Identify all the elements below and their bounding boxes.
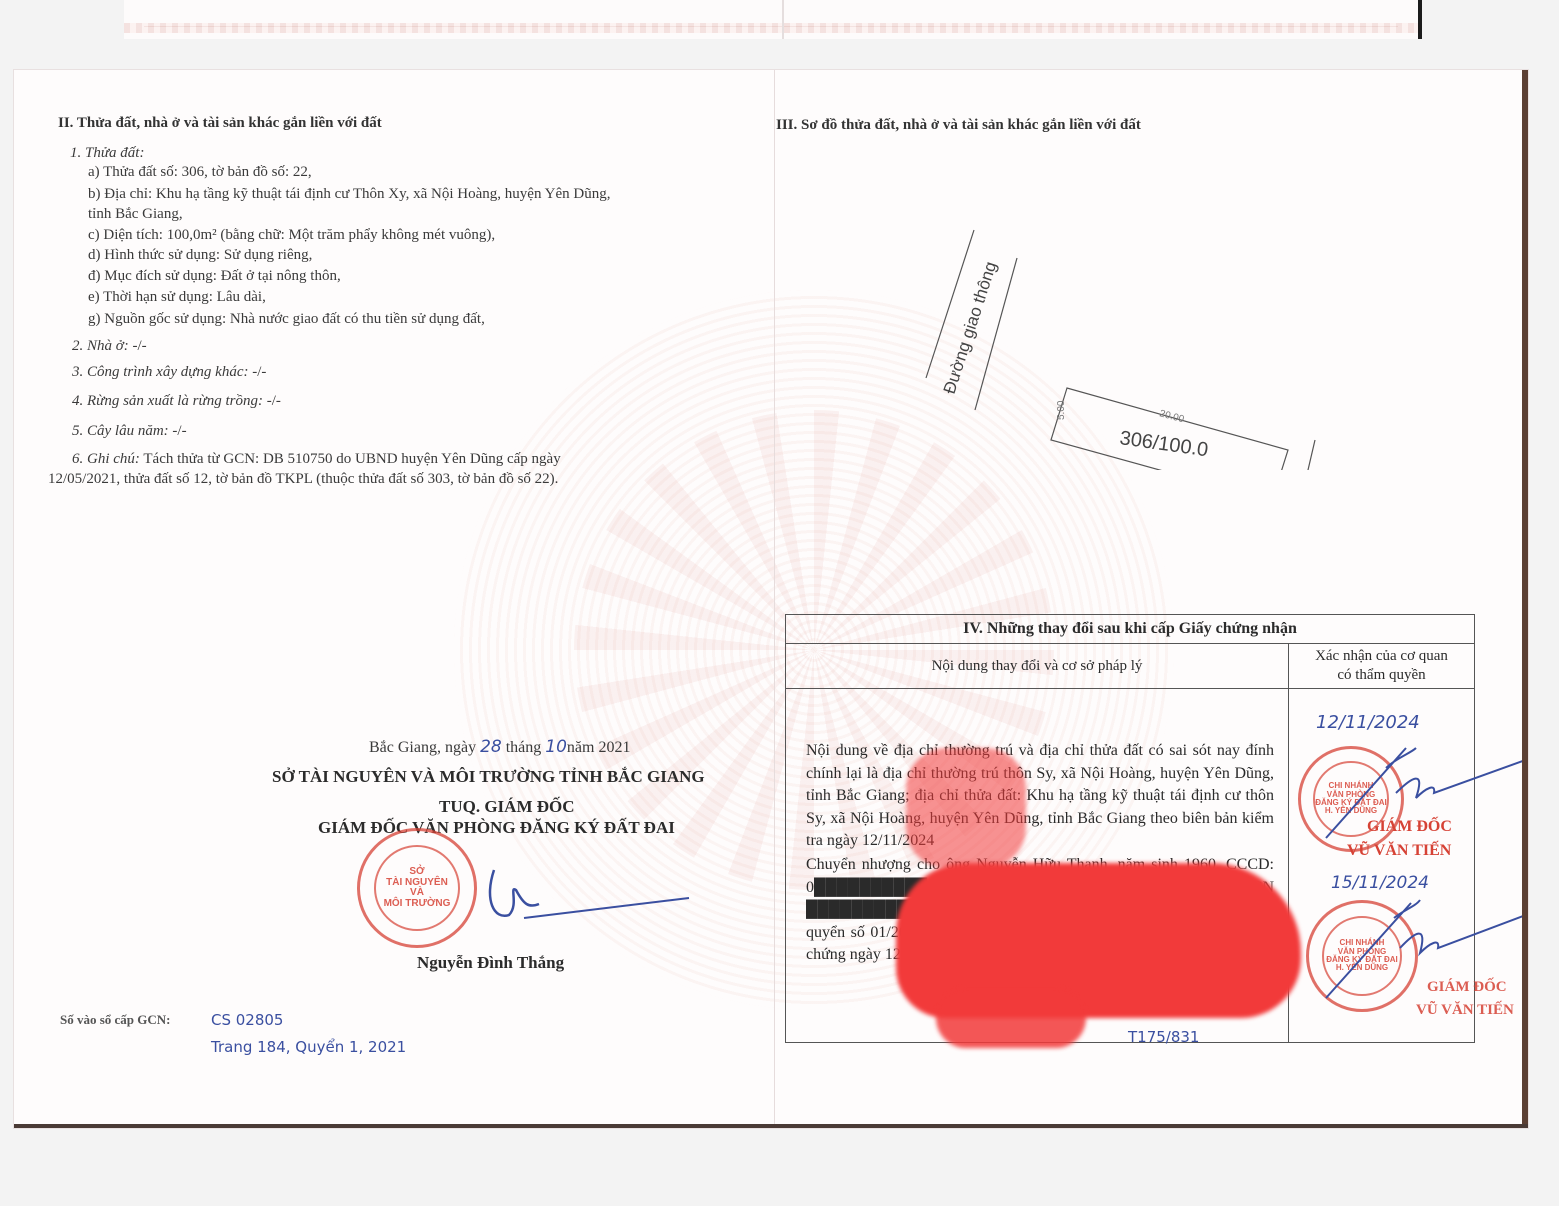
issuing-agency: SỞ TÀI NGUYÊN VÀ MÔI TRƯỜNG TỈNH BẮC GIA…	[272, 767, 705, 787]
place-date: Bắc Giang, ngày 28 tháng 10năm 2021	[369, 737, 630, 757]
changes-table: IV. Những thay đổi sau khi cấp Giấy chứn…	[785, 614, 1475, 1043]
land-item: e) Thời hạn sử dụng: Lâu dài,	[88, 289, 266, 306]
registry-page-book: Trang 184, Quyển 1, 2021	[211, 1038, 406, 1056]
section-iv-title: IV. Những thay đổi sau khi cấp Giấy chứn…	[786, 615, 1474, 644]
forest-line: 4. Rừng sản xuất là rừng trồng: -/-	[72, 393, 281, 410]
table-header: Nội dung thay đổi và cơ sở pháp lý Xác n…	[786, 644, 1474, 689]
svg-text:20.00: 20.00	[1158, 408, 1185, 425]
column-header-confirmation: Xác nhận của cơ quancó thẩm quyền	[1289, 644, 1474, 688]
signer-name: Nguyễn Đình Thắng	[417, 953, 564, 973]
perennial-line: 5. Cây lâu năm: -/-	[72, 423, 187, 440]
signature-scribble	[454, 860, 704, 930]
note-line-1: 6. Ghi chú: Tách thửa từ GCN: DB 510750 …	[72, 451, 561, 468]
table-body: Nội dung về địa chỉ thường trú và địa ch…	[786, 688, 1474, 1042]
confirmation-date: 12/11/2024	[1316, 712, 1420, 733]
redaction-mark	[936, 988, 1086, 1048]
registry-number: CS 02805	[211, 1011, 283, 1029]
land-item: g) Nguồn gốc sử dụng: Nhà nước giao đất …	[88, 311, 485, 328]
entry-reference: T175/831	[1128, 1028, 1199, 1046]
column-header-content: Nội dung thay đổi và cơ sở pháp lý	[786, 644, 1289, 688]
redaction-mark	[906, 748, 1026, 868]
land-item: tỉnh Bắc Giang,	[88, 206, 183, 223]
page-fold	[774, 70, 775, 1128]
table-row: Nội dung về địa chỉ thường trú và địa ch…	[806, 740, 1274, 853]
land-item: đ) Mục đích sử dụng: Đất ở tại nông thôn…	[88, 268, 341, 285]
certificate-page: II. Thửa đất, nhà ở và tài sản khác gắn …	[14, 70, 1528, 1128]
signer-role: GIÁM ĐỐC VĂN PHÒNG ĐĂNG KÝ ĐẤT ĐAI	[318, 818, 675, 838]
parcel-diagram: Đường giao thông 20.00 20.00 5.00 5.00 3…	[894, 220, 1354, 470]
road-label: Đường giao thông	[940, 259, 1001, 396]
land-item: c) Diện tích: 100,0m² (bằng chữ: Một tră…	[88, 227, 495, 244]
parcel-label: 306/100.0	[1118, 427, 1209, 461]
confirmation-signer-title: GIÁM ĐỐC	[1427, 979, 1507, 996]
confirmation-signer-name: VŨ VĂN TIẾN	[1347, 842, 1451, 860]
section-iii-title: III. Sơ đồ thửa đất, nhà ở và tài sản kh…	[776, 117, 1141, 134]
registry-label: Số vào sổ cấp GCN:	[60, 1012, 171, 1028]
note-line-2: 12/05/2021, thửa đất số 12, tờ bản đồ TK…	[48, 471, 558, 488]
land-item: a) Thửa đất số: 306, tờ bản đồ số: 22,	[88, 164, 312, 181]
previous-page-strip	[124, 0, 1422, 39]
section-ii-title: II. Thửa đất, nhà ở và tài sản khác gắn …	[58, 115, 382, 132]
on-behalf-title: TUQ. GIÁM ĐỐC	[439, 797, 575, 817]
house-line: 2. Nhà ở: -/-	[72, 338, 147, 355]
land-heading: 1. Thửa đất:	[70, 145, 144, 162]
land-item: d) Hình thức sử dụng: Sử dụng riêng,	[88, 247, 312, 264]
land-item: b) Địa chỉ: Khu hạ tầng kỹ thuật tái địn…	[88, 186, 610, 203]
confirmation-signer-name: VŨ VĂN TIẾN	[1416, 1002, 1514, 1019]
confirmation-signer-title: GIÁM ĐỐC	[1367, 818, 1452, 836]
svg-text:5.00: 5.00	[1056, 400, 1067, 420]
other-construction-line: 3. Công trình xây dựng khác: -/-	[72, 364, 266, 381]
